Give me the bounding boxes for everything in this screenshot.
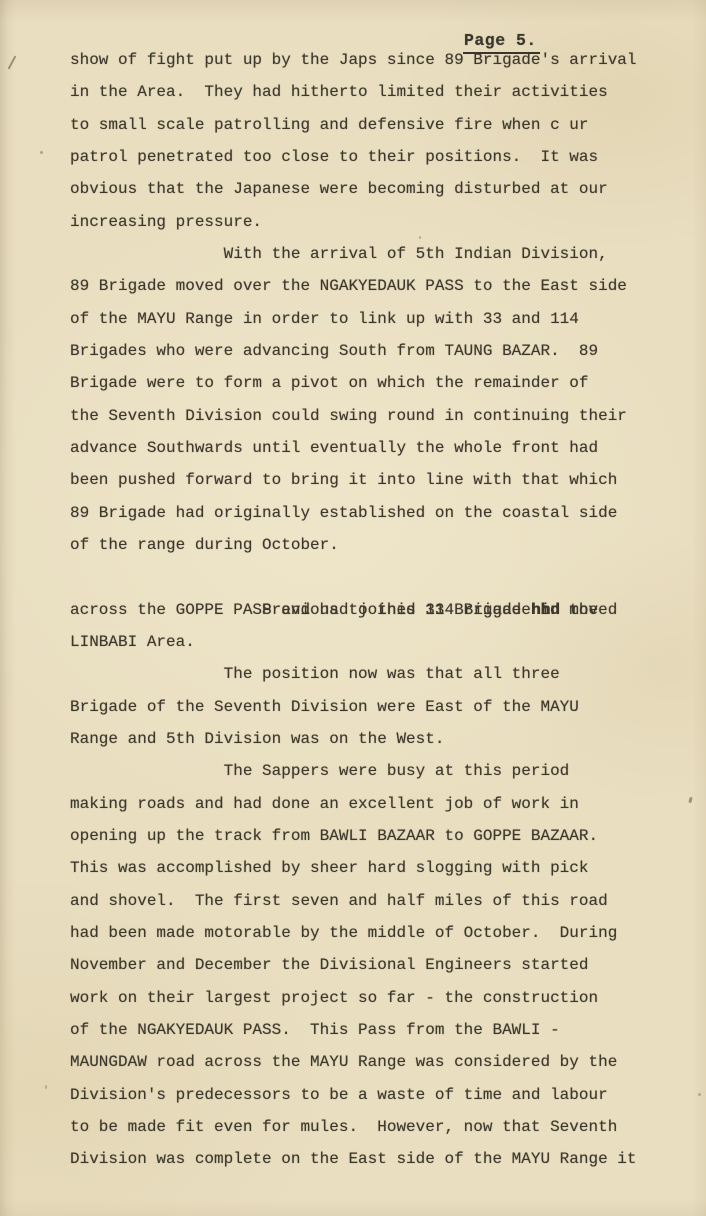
text-line: the Seventh Division could swing round i… bbox=[70, 400, 670, 432]
paper-speck bbox=[40, 151, 43, 154]
text-line: 89 Brigade had originally established on… bbox=[70, 497, 670, 529]
typewritten-page-body: show of fight put up by the Japs since 8… bbox=[70, 44, 670, 1175]
text-line: across the GOPPE PASS and had joined 114… bbox=[70, 594, 670, 626]
text-line: opening up the track from BAWLI BAZAAR t… bbox=[70, 820, 670, 852]
text-line: making roads and had done an excellent j… bbox=[70, 788, 670, 820]
text-line: LINBABI Area. bbox=[70, 626, 670, 658]
paper-speck bbox=[45, 1085, 47, 1089]
text-line: been pushed forward to bring it into lin… bbox=[70, 464, 670, 496]
text-line: MAUNGDAW road across the MAYU Range was … bbox=[70, 1046, 670, 1078]
text-line paragraph-start: With the arrival of 5th Indian Division, bbox=[70, 238, 670, 270]
text-line: The position now was that all three bbox=[70, 658, 670, 690]
text-line: work on their largest project so far - t… bbox=[70, 982, 670, 1014]
text-line: Division was complete on the East side o… bbox=[70, 1143, 670, 1175]
text-line: Range and 5th Division was on the West. bbox=[70, 723, 670, 755]
text-line: and shovel. The first seven and half mil… bbox=[70, 885, 670, 917]
text-line: patrol penetrated too close to their pos… bbox=[70, 141, 670, 173]
text-line: Brigade were to form a pivot on which th… bbox=[70, 367, 670, 399]
text-line: This was accomplished by sheer hard slog… bbox=[70, 852, 670, 884]
text-line: Previous to this 33 Brigade hhd moved bbox=[70, 561, 670, 593]
text-line: to small scale patrolling and defensive … bbox=[70, 109, 670, 141]
text-line: of the range during October. bbox=[70, 529, 670, 561]
text-line: increasing pressure. bbox=[70, 206, 670, 238]
text-line: had been made motorable by the middle of… bbox=[70, 917, 670, 949]
text-line: obvious that the Japanese were becoming … bbox=[70, 173, 670, 205]
paper-speck bbox=[698, 1093, 701, 1096]
text-line: Brigades who were advancing South from T… bbox=[70, 335, 670, 367]
text-line: of the NGAKYEDAUK PASS. This Pass from t… bbox=[70, 1014, 670, 1046]
text-line: to be made fit even for mules. However, … bbox=[70, 1111, 670, 1143]
text-line: The Sappers were busy at this period bbox=[70, 755, 670, 787]
text-line: of the MAYU Range in order to link up wi… bbox=[70, 303, 670, 335]
text-line: in the Area. They had hitherto limited t… bbox=[70, 76, 670, 108]
text-line: Brigade of the Seventh Division were Eas… bbox=[70, 691, 670, 723]
text-line: advance Southwards until eventually the … bbox=[70, 432, 670, 464]
text-line: November and December the Divisional Eng… bbox=[70, 949, 670, 981]
text-line: show of fight put up by the Japs since 8… bbox=[70, 44, 670, 76]
text-line: Division's predecessors to be a waste of… bbox=[70, 1079, 670, 1111]
text-line: 89 Brigade moved over the NGAKYEDAUK PAS… bbox=[70, 270, 670, 302]
